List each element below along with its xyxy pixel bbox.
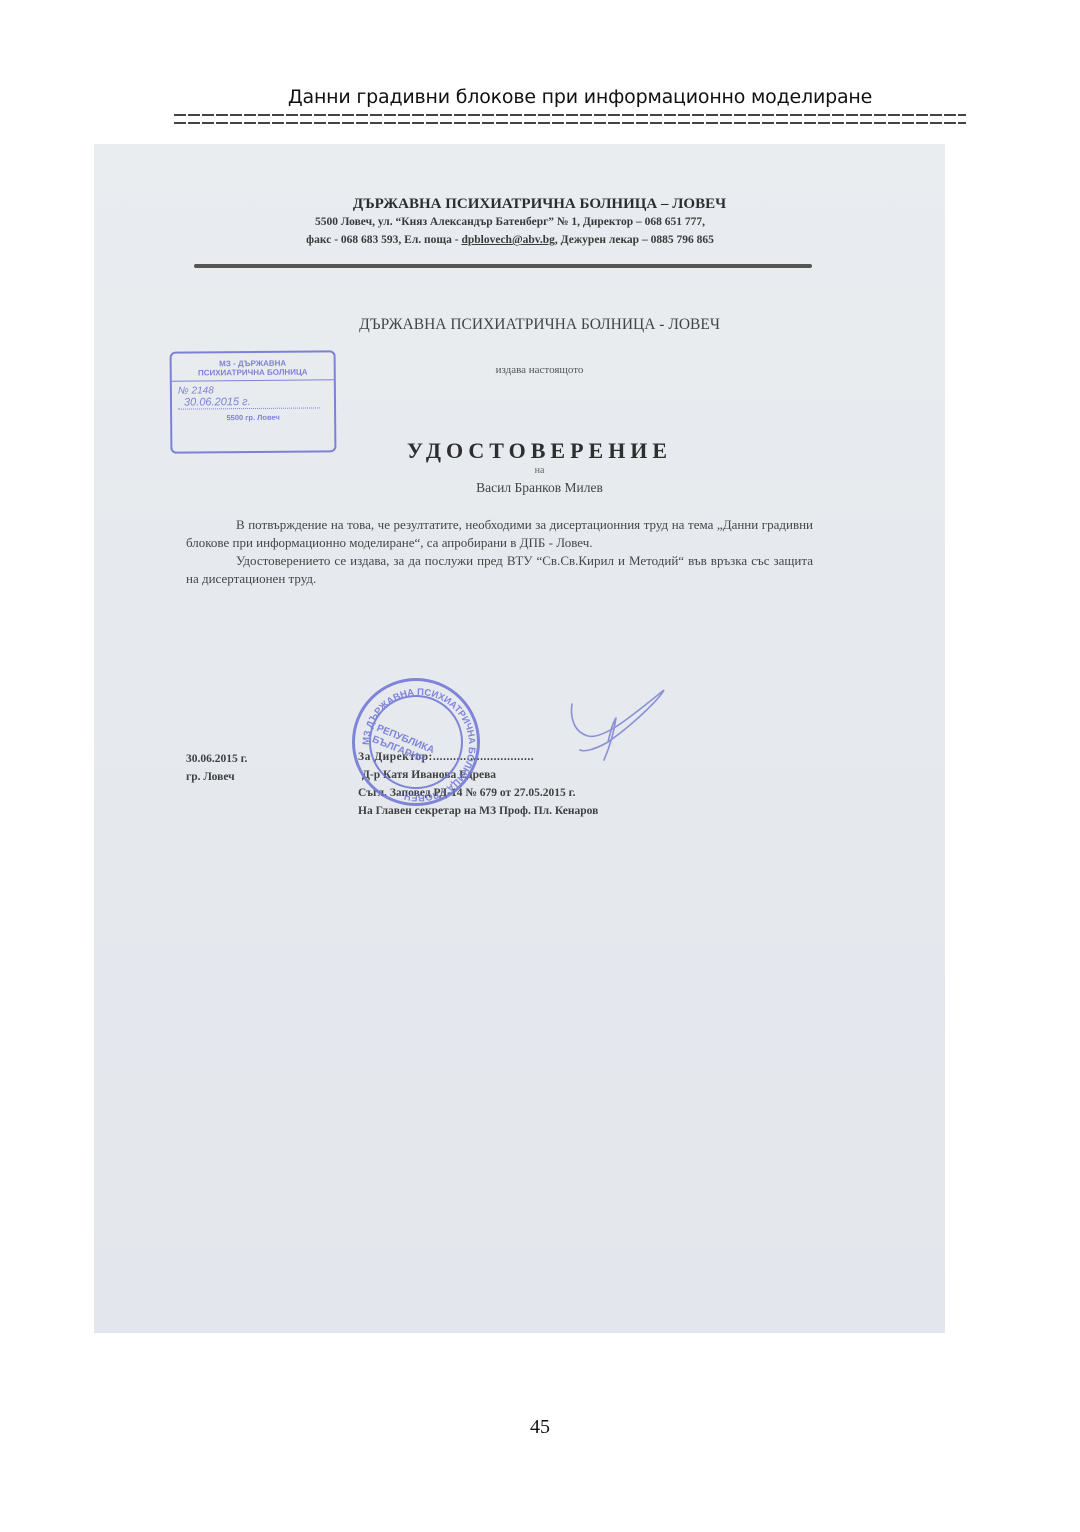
letterhead-contacts: факс - 068 683 593, Ел. поща - dpblovech… [200, 234, 820, 246]
reg-stamp-number: № 2148 [172, 380, 334, 396]
issue-date-block: 30.06.2015 г. гр. Ловеч [186, 750, 247, 786]
organization-name: ДЪРЖАВНА ПСИХИАТРИЧНА БОЛНИЦА - ЛОВЕЧ [94, 316, 945, 334]
official-round-stamp: МЗ ДЪРЖАВНА ПСИХИАТРИЧНА БОЛНИЦА • ЛОВЕЧ… [352, 678, 480, 806]
recipient-name: Васил Бранков Милев [94, 480, 945, 496]
certificate-body: В потвърждение на това, че резултатите, … [186, 516, 813, 588]
year-suffix: г. [242, 396, 251, 408]
number-value: 2148 [191, 385, 213, 396]
letterhead-institution: ДЪРЖАВНА ПСИХИАТРИЧНА БОЛНИЦА – ЛОВЕЧ [94, 196, 945, 213]
body-paragraph: В потвърждение на това, че резултатите, … [186, 516, 813, 552]
header-double-rule [174, 114, 966, 124]
running-header: Данни градивни блокове при информационно… [0, 86, 1080, 108]
preposition-na: на [94, 465, 945, 476]
body-paragraph: Удостоверението се издава, за да послужи… [186, 552, 813, 588]
page-number: 45 [0, 1416, 1080, 1439]
scanned-certificate: ДЪРЖАВНА ПСИХИАТРИЧНА БОЛНИЦА – ЛОВЕЧ 55… [94, 144, 945, 1333]
registration-stamp: МЗ - ДЪРЖАВНА ПСИХИАТРИЧНА БОЛНИЦА № 214… [170, 350, 337, 453]
contact-suffix: , Дежурен лекар – 0885 796 865 [555, 234, 714, 246]
reg-stamp-city: 5500 гр. Ловеч [172, 408, 334, 422]
reg-stamp-date: 30.06.2015 г. [178, 395, 320, 409]
reg-stamp-line1: МЗ - ДЪРЖАВНА [172, 352, 334, 368]
email-link[interactable]: dpblovech@abv.bg [461, 234, 554, 246]
letterhead-address: 5500 Ловеч, ул. “Княз Александър Батенбе… [200, 216, 820, 228]
contact-prefix: факс - 068 683 593, Ел. поща - [306, 234, 461, 246]
issue-place: гр. Ловеч [186, 768, 247, 786]
letterhead-rule [194, 264, 812, 268]
date-value: 30.06.2015 [184, 396, 239, 408]
handwritten-signature-icon [564, 684, 674, 764]
number-label: № [178, 386, 189, 397]
issue-date: 30.06.2015 г. [186, 750, 247, 768]
